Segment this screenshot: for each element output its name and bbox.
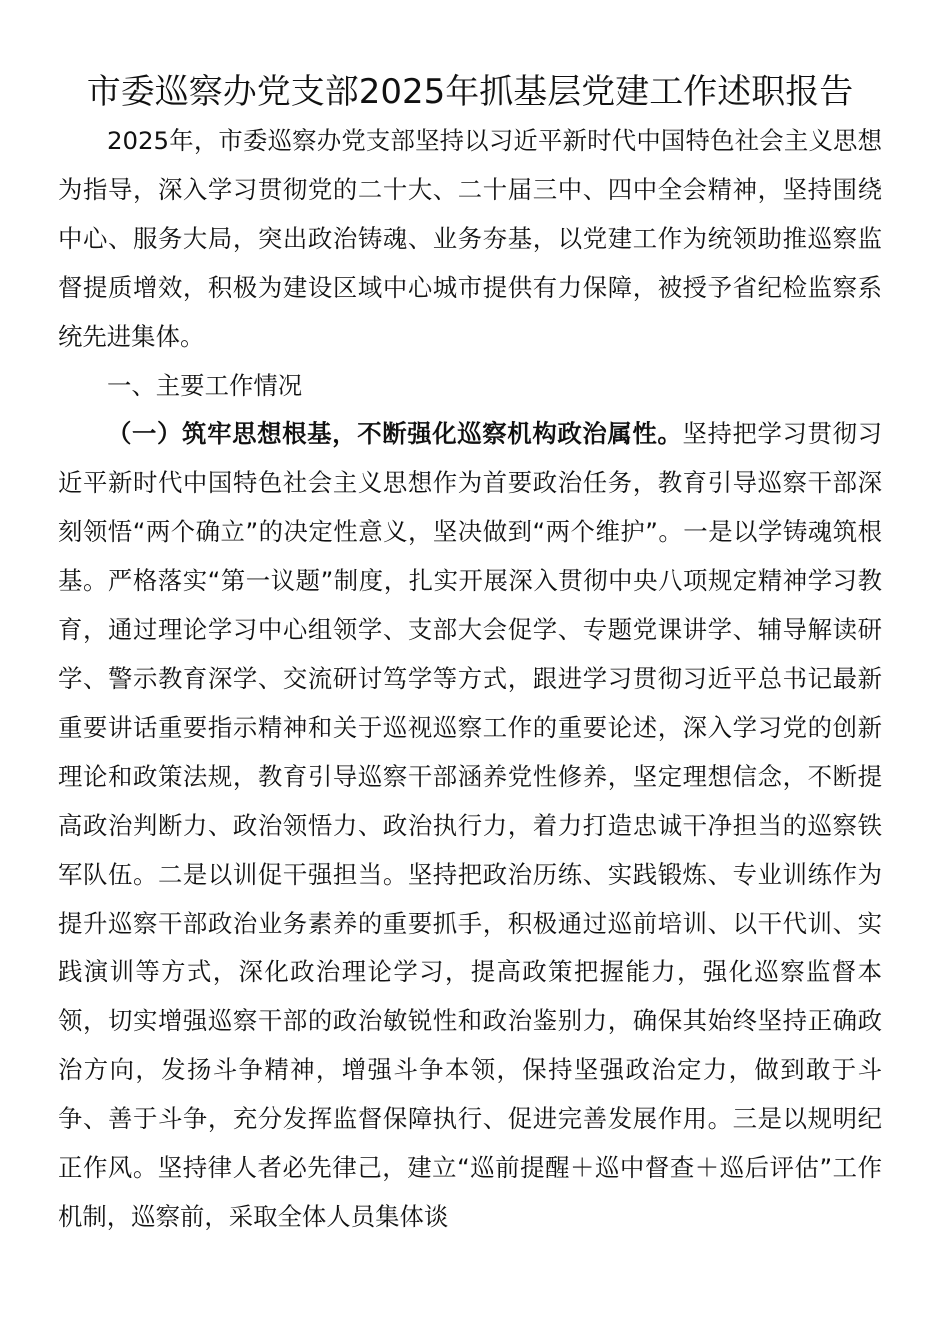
subsection-1-paragraph: （一）筑牢思想根基，不断强化巡察机构政治属性。坚持把学习贯彻习近平新时代中国特色…	[58, 410, 882, 1241]
document-title: 市委巡察办党支部2025年抓基层党建工作述职报告	[58, 70, 882, 114]
intro-paragraph: 2025年，市委巡察办党支部坚持以习近平新时代中国特色社会主义思想为指导，深入学…	[58, 117, 882, 362]
document-page: 市委巡察办党支部2025年抓基层党建工作述职报告 2025年，市委巡察办党支部坚…	[58, 70, 882, 1242]
subsection-1-lead: （一）筑牢思想根基，不断强化巡察机构政治属性。	[107, 419, 682, 448]
subsection-1-body: 坚持把学习贯彻习近平新时代中国特色社会主义思想作为首要政治任务，教育引导巡察干部…	[58, 419, 882, 1231]
section-heading-main-work: 一、主要工作情况	[58, 362, 882, 411]
